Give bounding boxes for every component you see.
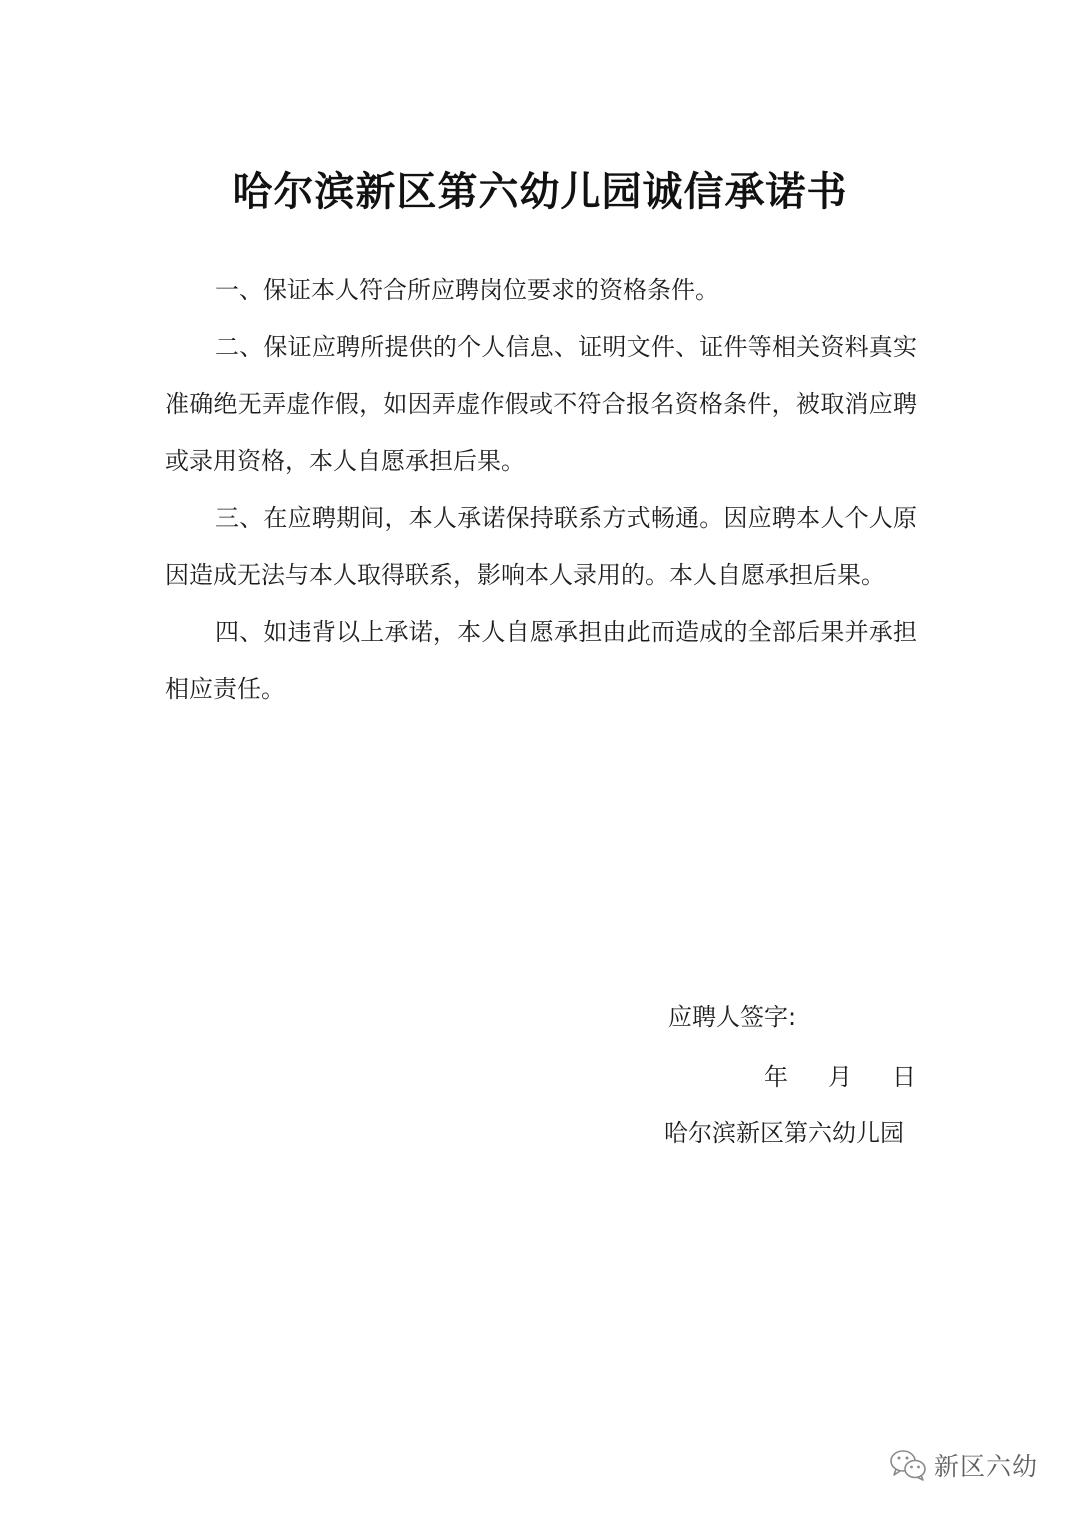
paragraph-3: 三、在应聘期间，本人承诺保持联系方式畅通。因应聘本人个人原因造成无法与本人取得联… [165,490,917,604]
date-month-label: 月 [828,1057,852,1097]
signature-label: 应聘人签字: [668,997,796,1037]
wechat-icon [888,1448,928,1482]
paragraph-1: 一、保证本人符合所应聘岗位要求的资格条件。 [165,262,917,319]
document-page: 哈尔滨新区第六幼儿园诚信承诺书 一、保证本人符合所应聘岗位要求的资格条件。 二、… [0,0,1080,1521]
paragraph-2: 二、保证应聘所提供的个人信息、证明文件、证件等相关资料真实准确绝无弄虚作假，如因… [165,319,917,490]
document-body: 一、保证本人符合所应聘岗位要求的资格条件。 二、保证应聘所提供的个人信息、证明文… [165,262,917,718]
organization-name: 哈尔滨新区第六幼儿园 [664,1113,904,1153]
paragraph-4: 四、如违背以上承诺，本人自愿承担由此而造成的全部后果并承担相应责任。 [165,604,917,718]
date-year-label: 年 [764,1057,788,1097]
watermark-text: 新区六幼 [934,1447,1038,1483]
date-day-label: 日 [892,1057,916,1097]
document-title: 哈尔滨新区第六幼儿园诚信承诺书 [0,164,1080,220]
wechat-watermark: 新区六幼 [888,1448,1038,1482]
